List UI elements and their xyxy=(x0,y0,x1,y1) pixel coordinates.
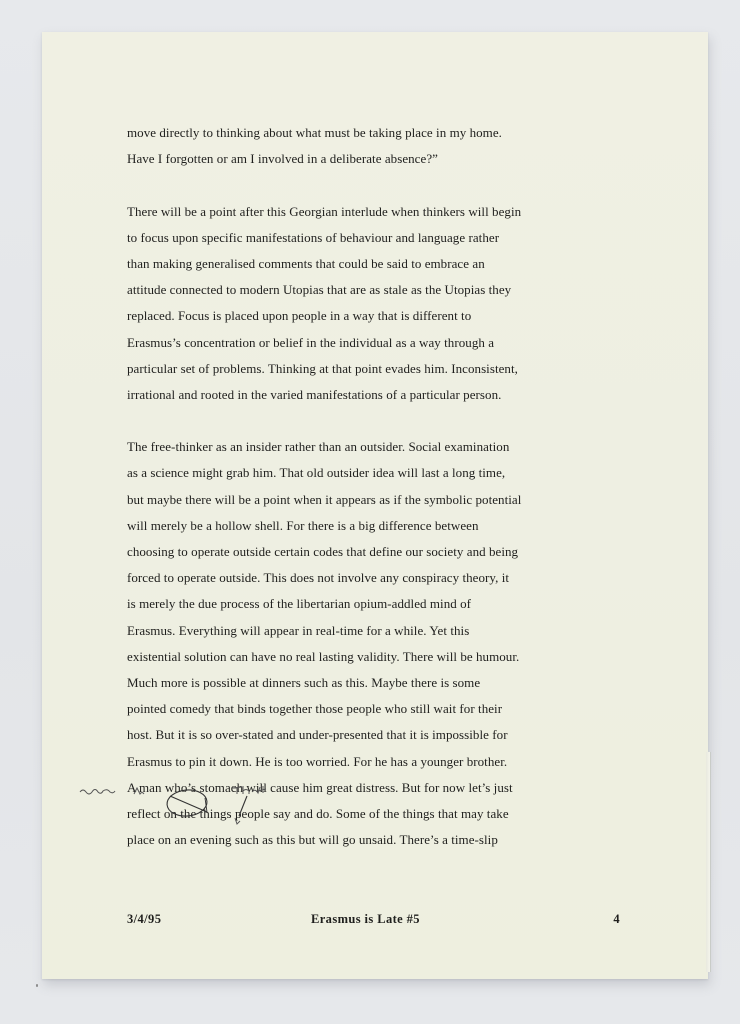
page-edge-curl xyxy=(706,752,711,972)
dust-speck xyxy=(36,984,38,987)
text-line: particular set of problems. Thinking at … xyxy=(127,356,647,382)
text-line: choosing to operate outside certain code… xyxy=(127,539,647,565)
text-line: reflect on the things people say and do.… xyxy=(127,801,647,827)
text-line: irrational and rooted in the varied mani… xyxy=(127,382,647,408)
text-line: replaced. Focus is placed upon people in… xyxy=(127,303,647,329)
paragraph-1: move directly to thinking about what mus… xyxy=(127,120,647,172)
page-footer: 3/4/95 Erasmus is Late #5 4 xyxy=(127,912,620,927)
text-line: but maybe there will be a point when it … xyxy=(127,487,647,513)
text-line: Erasmus’s concentration or belief in the… xyxy=(127,330,647,356)
text-line: The free-thinker as an insider rather th… xyxy=(127,434,647,460)
text-line: There will be a point after this Georgia… xyxy=(127,199,647,225)
text-line: attitude connected to modern Utopias tha… xyxy=(127,277,647,303)
text-line: is merely the due process of the liberta… xyxy=(127,591,647,617)
paragraph-3: The free-thinker as an insider rather th… xyxy=(127,434,647,853)
text-line: host. But it is so over-stated and under… xyxy=(127,722,647,748)
text-line: Have I forgotten or am I involved in a d… xyxy=(127,146,647,172)
footer-title: Erasmus is Late #5 xyxy=(311,912,420,927)
typescript-page: move directly to thinking about what mus… xyxy=(42,32,708,979)
text-line-annotated: A man who’s stomach will cause him great… xyxy=(127,775,647,801)
text-line: Erasmus to pin it down. He is too worrie… xyxy=(127,749,647,775)
text-line: pointed comedy that binds together those… xyxy=(127,696,647,722)
text-line: than making generalised comments that co… xyxy=(127,251,647,277)
text-line: forced to operate outside. This does not… xyxy=(127,565,647,591)
text-line: will merely be a hollow shell. For there… xyxy=(127,513,647,539)
text-line: to focus upon specific manifestations of… xyxy=(127,225,647,251)
text-line: existential solution can have no real la… xyxy=(127,644,647,670)
text-line: move directly to thinking about what mus… xyxy=(127,120,647,146)
margin-note-scribble xyxy=(80,790,115,795)
text-line: as a science might grab him. That old ou… xyxy=(127,460,647,486)
page-number: 4 xyxy=(613,912,620,927)
footer-date: 3/4/95 xyxy=(127,912,161,927)
text-line: Much more is possible at dinners such as… xyxy=(127,670,647,696)
text-line: Erasmus. Everything will appear in real-… xyxy=(127,618,647,644)
body-text: move directly to thinking about what mus… xyxy=(127,120,647,879)
text-line: place on an evening such as this but wil… xyxy=(127,827,647,853)
paragraph-2: There will be a point after this Georgia… xyxy=(127,199,647,409)
